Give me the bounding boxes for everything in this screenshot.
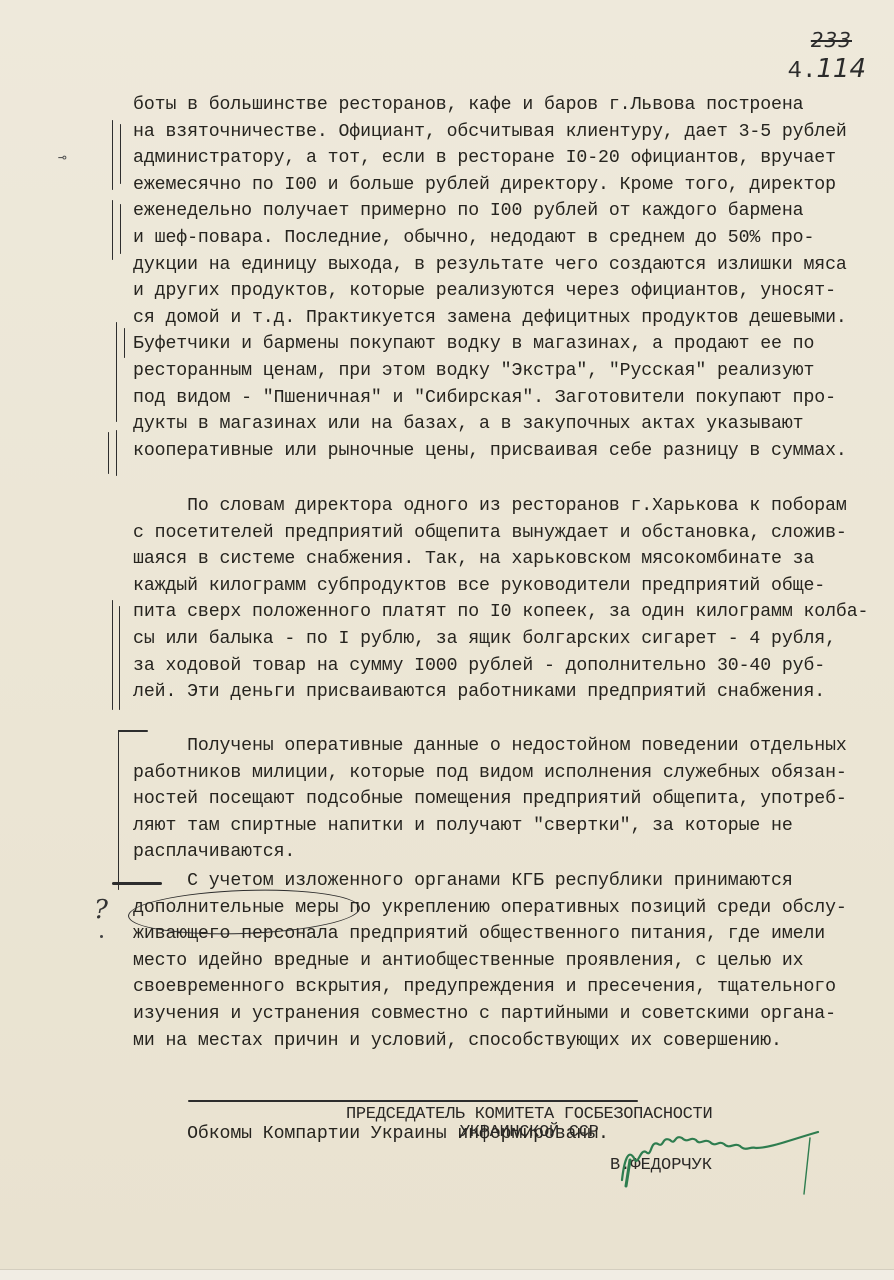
text-line: и шеф-повара. Последние, обычно, недодаю… xyxy=(133,225,893,252)
question-mark-annotation: ? xyxy=(94,895,108,925)
margin-line-mark xyxy=(124,328,125,358)
text-line: Буфетчики и бармены покупают водку в маг… xyxy=(133,331,893,358)
margin-line-mark xyxy=(116,322,117,422)
paragraph-militia-conduct: Получены оперативные данные о недостойно… xyxy=(133,733,893,866)
text-line: дукции на единицу выхода, в результате ч… xyxy=(133,252,893,279)
bracket-top-stroke xyxy=(118,730,148,732)
text-line: кооперативные или рыночные цены, присваи… xyxy=(133,438,893,465)
bracket-bottom-stroke xyxy=(112,882,162,885)
margin-line-mark xyxy=(119,606,120,710)
margin-line-mark xyxy=(112,600,113,710)
handwritten-signature-icon xyxy=(600,1118,840,1198)
handwritten-page-number: 114 xyxy=(816,54,866,84)
margin-line-mark xyxy=(112,200,113,260)
text-line: лей. Эти деньги присваиваются работникам… xyxy=(133,679,893,706)
text-line: шаяся в системе снабжения. Так, на харьк… xyxy=(133,546,893,573)
text-line: на взяточничестве. Официант, обсчитывая … xyxy=(133,119,893,146)
text-line: ностей посещают подсобные помещения пред… xyxy=(133,786,893,813)
text-line: расплачиваются. xyxy=(133,839,893,866)
text-line: ляют там спиртные напитки и получают "св… xyxy=(133,813,893,840)
document-page: 233 4.114 ⊸ боты в большинстве ресторано… xyxy=(0,0,894,1280)
text-line: дукты в магазинах или на базах, а в заку… xyxy=(133,411,893,438)
margin-pencil-mark: ⊸ xyxy=(58,150,66,167)
text-line: еженедельно получает примерно по I00 руб… xyxy=(133,198,893,225)
text-line: По словам директора одного из ресторанов… xyxy=(133,493,893,520)
text-line: с посетителей предприятий общепита вынуж… xyxy=(133,520,893,547)
crossed-out-page-number: 233 xyxy=(788,28,852,52)
text-line: сы или балыка - по I рублю, за ящик болг… xyxy=(133,626,893,653)
text-line: ся домой и т.д. Практикуется замена дефи… xyxy=(133,305,893,332)
text-line: изучения и устранения совместно с партий… xyxy=(133,1001,893,1028)
margin-line-mark xyxy=(120,124,121,184)
text-line: работников милиции, которые под видом ис… xyxy=(133,760,893,787)
text-line: и других продуктов, которые реализуются … xyxy=(133,278,893,305)
paragraph-kharkiv-supply: По словам директора одного из ресторанов… xyxy=(133,493,893,706)
margin-dot xyxy=(100,935,103,938)
text-line: ми на местах причин и условий, способств… xyxy=(133,1028,893,1055)
text-line: боты в большинстве ресторанов, кафе и ба… xyxy=(133,92,893,119)
text-line: ресторанным ценам, при этом водку "Экстр… xyxy=(133,358,893,385)
page-bottom-edge xyxy=(0,1269,894,1280)
page-number: 233 4.114 xyxy=(788,28,866,85)
text-line: своевременного вскрытия, предупреждения … xyxy=(133,974,893,1001)
paragraph-bribery-lviv: боты в большинстве ресторанов, кафе и ба… xyxy=(133,92,893,464)
obkoms-underline xyxy=(188,1100,638,1102)
margin-line-mark xyxy=(108,432,109,474)
margin-line-mark xyxy=(120,204,121,254)
page-number-prefix: 4. xyxy=(788,58,817,85)
text-line: администратору, а тот, если в ресторане … xyxy=(133,145,893,172)
text-line: каждый килограмм субпродуктов все руково… xyxy=(133,573,893,600)
text-line: место идейно вредные и антиобщественные … xyxy=(133,948,893,975)
text-line: ежемесячно по I00 и больше рублей директ… xyxy=(133,172,893,199)
text-line: под видом - "Пшеничная" и "Сибирская". З… xyxy=(133,385,893,412)
text-line: за ходовой товар на сумму I000 рублей - … xyxy=(133,653,893,680)
margin-line-mark xyxy=(112,120,113,190)
margin-line-mark xyxy=(116,430,117,476)
text-line: Получены оперативные данные о недостойно… xyxy=(133,733,893,760)
margin-bracket-line xyxy=(118,730,119,890)
current-page-number: 4.114 xyxy=(788,54,866,85)
text-line: пита сверх положенного платят по I0 копе… xyxy=(133,599,893,626)
